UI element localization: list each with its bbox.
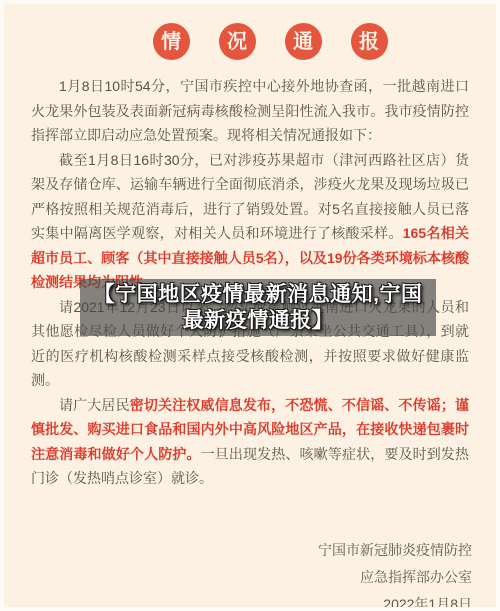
watermark-overlay: 【宁国地区疫情最新消息通知,宁国最新疫情通报】 bbox=[80, 279, 436, 336]
paragraph-public-advice: 请广大居民密切关注权威信息发布，不恐慌、不信谣、不传谣；谨慎批发、购买进口食品和… bbox=[31, 393, 469, 491]
header-badge-qing: 情 bbox=[153, 23, 190, 60]
notice-header: 情 况 通 报 bbox=[24, 23, 496, 60]
watermark-title: 【宁国地区疫情最新消息通知,宁国最新疫情通报】 bbox=[86, 282, 430, 334]
signature-org-line1: 宁国市新冠肺炎疫情防控 bbox=[4, 537, 472, 564]
header-badge-bao: 报 bbox=[351, 23, 388, 60]
signature-org-line2: 应急指挥部办公室 bbox=[4, 564, 472, 591]
paragraph-intro: 1月8日10时54分，宁国市疾控中心接外地协查函，一批越南进口火龙果外包装及表面… bbox=[31, 74, 469, 148]
signature-block: 宁国市新冠肺炎疫情防控 应急指挥部办公室 2022年1月8日 bbox=[4, 537, 496, 608]
header-badge-tong: 通 bbox=[285, 23, 322, 60]
paragraph-public-advice-lead: 请广大居民 bbox=[59, 397, 130, 413]
paragraph-measures: 截至1月8日16时30分，已对涉疫苏果超市（津河西路社区店）货架及存储仓库、运输… bbox=[31, 148, 469, 295]
header-badge-kuang: 况 bbox=[219, 23, 256, 60]
signature-date: 2022年1月8日 bbox=[4, 591, 472, 608]
